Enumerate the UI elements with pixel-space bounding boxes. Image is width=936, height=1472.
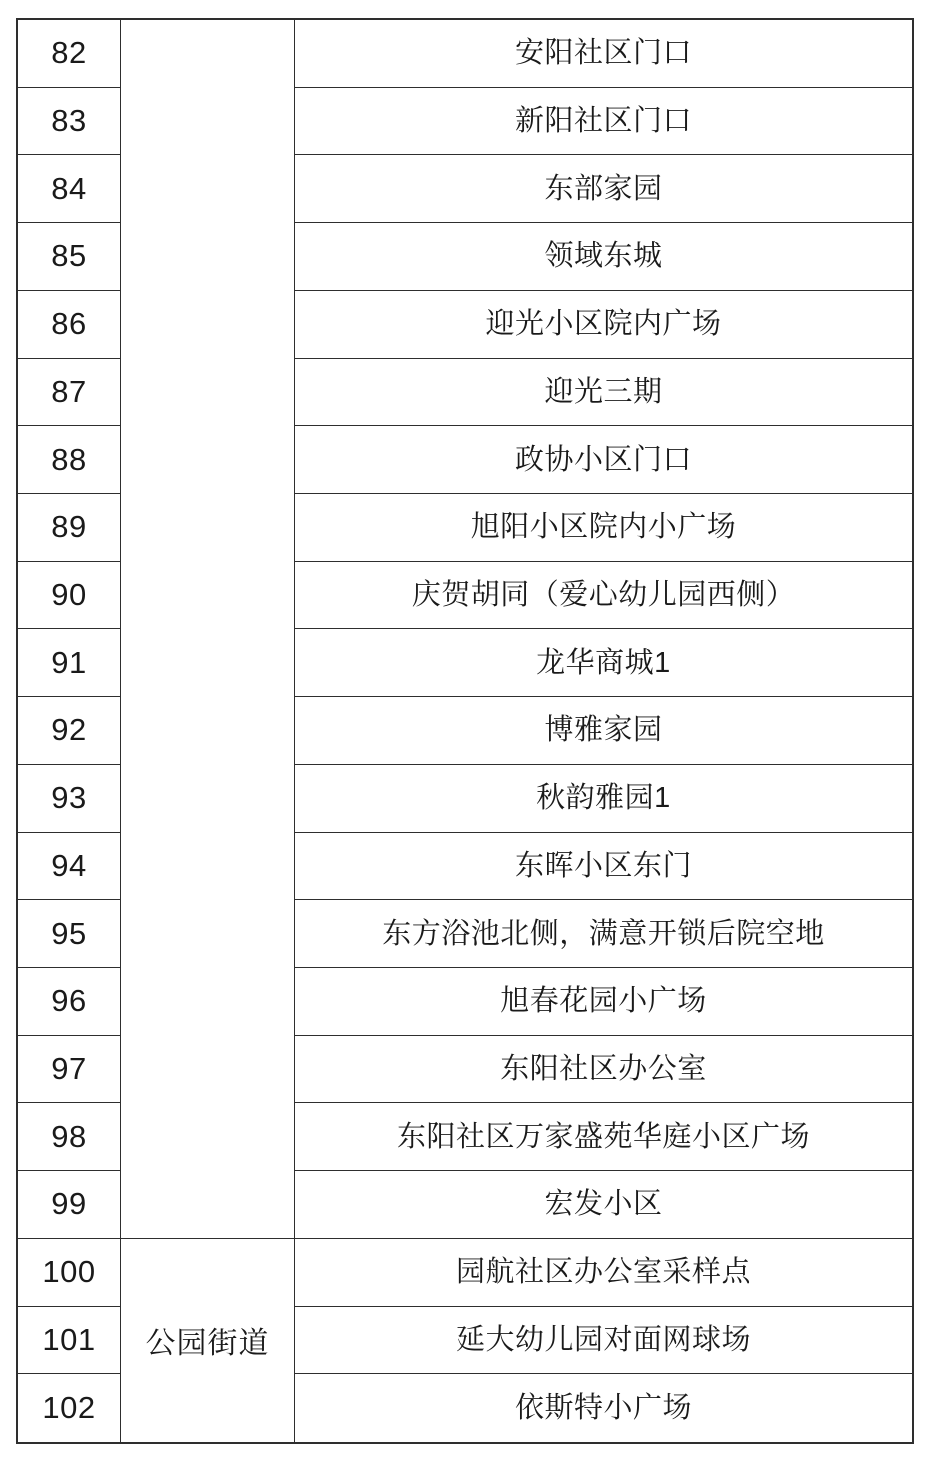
site-cell: 延大幼儿园对面网球场	[295, 1307, 912, 1375]
site-cell: 迎光小区院内广场	[295, 291, 912, 359]
site-cell: 博雅家园	[295, 697, 912, 765]
sampling-site-table: 82安阳社区门口83新阳社区门口84东部家园85领域东城86迎光小区院内广场87…	[16, 18, 914, 1444]
row-number-cell: 96	[18, 968, 121, 1036]
site-cell: 园航社区办公室采样点	[295, 1239, 912, 1307]
row-number-cell: 85	[18, 223, 121, 291]
site-cell: 安阳社区门口	[295, 20, 912, 88]
site-cell: 东方浴池北侧，满意开锁后院空地	[295, 900, 912, 968]
site-cell: 东阳社区万家盛苑华庭小区广场	[295, 1103, 912, 1171]
site-cell: 东部家园	[295, 155, 912, 223]
row-number-cell: 100	[18, 1239, 121, 1307]
site-cell: 政协小区门口	[295, 426, 912, 494]
document-page: 82安阳社区门口83新阳社区门口84东部家园85领域东城86迎光小区院内广场87…	[0, 0, 936, 1472]
site-cell: 旭阳小区院内小广场	[295, 494, 912, 562]
row-number-cell: 87	[18, 359, 121, 427]
site-cell: 宏发小区	[295, 1171, 912, 1239]
row-number-cell: 98	[18, 1103, 121, 1171]
row-number-cell: 90	[18, 562, 121, 630]
site-cell: 东阳社区办公室	[295, 1036, 912, 1104]
row-number-cell: 92	[18, 697, 121, 765]
site-cell: 迎光三期	[295, 359, 912, 427]
row-number-cell: 99	[18, 1171, 121, 1239]
row-number-cell: 102	[18, 1374, 121, 1442]
site-cell: 龙华商城1	[295, 629, 912, 697]
row-number-cell: 83	[18, 88, 121, 156]
site-cell: 庆贺胡同（爱心幼儿园西侧）	[295, 562, 912, 630]
row-number-cell: 89	[18, 494, 121, 562]
site-cell: 新阳社区门口	[295, 88, 912, 156]
row-number-cell: 82	[18, 20, 121, 88]
row-number-cell: 95	[18, 900, 121, 968]
street-cell: 公园街道	[121, 1239, 295, 1442]
row-number-cell: 91	[18, 629, 121, 697]
row-number-cell: 93	[18, 765, 121, 833]
row-number-cell: 86	[18, 291, 121, 359]
row-number-cell: 97	[18, 1036, 121, 1104]
site-cell: 东晖小区东门	[295, 833, 912, 901]
row-number-cell: 94	[18, 833, 121, 901]
row-number-cell: 84	[18, 155, 121, 223]
site-cell: 旭春花园小广场	[295, 968, 912, 1036]
site-cell: 领域东城	[295, 223, 912, 291]
site-cell: 依斯特小广场	[295, 1374, 912, 1442]
site-cell: 秋韵雅园1	[295, 765, 912, 833]
row-number-cell: 101	[18, 1307, 121, 1375]
row-number-cell: 88	[18, 426, 121, 494]
street-cell	[121, 20, 295, 1239]
